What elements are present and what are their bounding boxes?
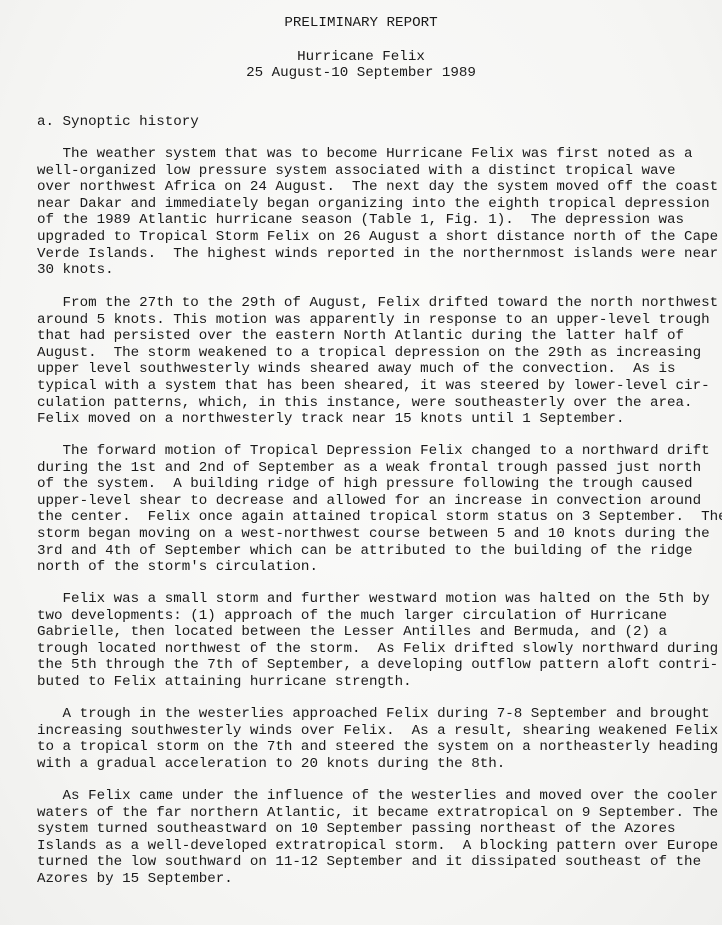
- storm-dates: 25 August-10 September 1989: [0, 65, 722, 82]
- paragraph-line: upper-level shear to decrease and allowe…: [37, 493, 717, 510]
- paragraph-line: two developments: (1) approach of the mu…: [37, 608, 717, 625]
- paragraph-line: with a gradual acceleration to 20 knots …: [37, 756, 717, 773]
- paragraph-1: The weather system that was to become Hu…: [37, 146, 717, 279]
- paragraph-5: A trough in the westerlies approached Fe…: [37, 706, 717, 772]
- paragraph-line: Azores by 15 September.: [37, 871, 717, 888]
- paragraph-line: August. The storm weakened to a tropical…: [37, 345, 717, 362]
- paragraph-line: around 5 knots. This motion was apparent…: [37, 312, 717, 329]
- paragraph-line: upper level southwesterly winds sheared …: [37, 361, 717, 378]
- paragraph-line: the center. Felix once again attained tr…: [37, 509, 717, 526]
- paragraph-2: From the 27th to the 29th of August, Fel…: [37, 295, 717, 428]
- paragraph-line: of the system. A building ridge of high …: [37, 476, 717, 493]
- paragraph-line: The forward motion of Tropical Depressio…: [37, 443, 717, 460]
- paragraph-4: Felix was a small storm and further west…: [37, 591, 717, 691]
- paragraph-6: As Felix came under the influence of the…: [37, 788, 717, 888]
- paragraph-line: culation patterns, which, in this instan…: [37, 395, 717, 412]
- paragraph-line: that had persisted over the eastern Nort…: [37, 328, 717, 345]
- paragraph-line: Verde Islands. The highest winds reporte…: [37, 246, 717, 263]
- paragraph-line: increasing southwesterly winds over Feli…: [37, 723, 717, 740]
- paragraph-line: 3rd and 4th of September which can be at…: [37, 543, 717, 560]
- paragraph-line: upgraded to Tropical Storm Felix on 26 A…: [37, 229, 717, 246]
- report-title: PRELIMINARY REPORT: [0, 15, 722, 32]
- paragraph-line: near Dakar and immediately began organiz…: [37, 196, 717, 213]
- paragraph-line: of the 1989 Atlantic hurricane season (T…: [37, 212, 717, 229]
- paragraph-line: typical with a system that has been shea…: [37, 378, 717, 395]
- paragraph-line: Islands as a well-developed extratropica…: [37, 838, 717, 855]
- paragraph-line: storm began moving on a west-northwest c…: [37, 526, 717, 543]
- paragraph-line: turned the low southward on 11-12 Septem…: [37, 854, 717, 871]
- paragraph-line: system turned southeastward on 10 Septem…: [37, 821, 717, 838]
- paragraph-line: Felix moved on a northwesterly track nea…: [37, 411, 717, 428]
- paragraph-line: trough located northwest of the storm. A…: [37, 641, 717, 658]
- paragraph-line: A trough in the westerlies approached Fe…: [37, 706, 717, 723]
- paragraph-line: Felix was a small storm and further west…: [37, 591, 717, 608]
- paragraph-line: buted to Felix attaining hurricane stren…: [37, 674, 717, 691]
- paragraph-line: From the 27th to the 29th of August, Fel…: [37, 295, 717, 312]
- document-page: PRELIMINARY REPORT Hurricane Felix 25 Au…: [0, 0, 722, 925]
- paragraph-line: As Felix came under the influence of the…: [37, 788, 717, 805]
- paragraph-line: 30 knots.: [37, 262, 717, 279]
- section-heading-synoptic-history: a. Synoptic history: [37, 114, 199, 131]
- storm-name: Hurricane Felix: [0, 49, 722, 66]
- paragraph-line: The weather system that was to become Hu…: [37, 146, 717, 163]
- paragraph-line: waters of the far northern Atlantic, it …: [37, 805, 717, 822]
- paragraph-line: during the 1st and 2nd of September as a…: [37, 460, 717, 477]
- paragraph-line: well-organized low pressure system assoc…: [37, 163, 717, 180]
- paragraph-line: Gabrielle, then located between the Less…: [37, 624, 717, 641]
- paragraph-line: to a tropical storm on the 7th and steer…: [37, 739, 717, 756]
- paragraph-3: The forward motion of Tropical Depressio…: [37, 443, 717, 576]
- paragraph-line: the 5th through the 7th of September, a …: [37, 657, 717, 674]
- paragraph-line: over northwest Africa on 24 August. The …: [37, 179, 717, 196]
- paragraph-line: north of the storm's circulation.: [37, 559, 717, 576]
